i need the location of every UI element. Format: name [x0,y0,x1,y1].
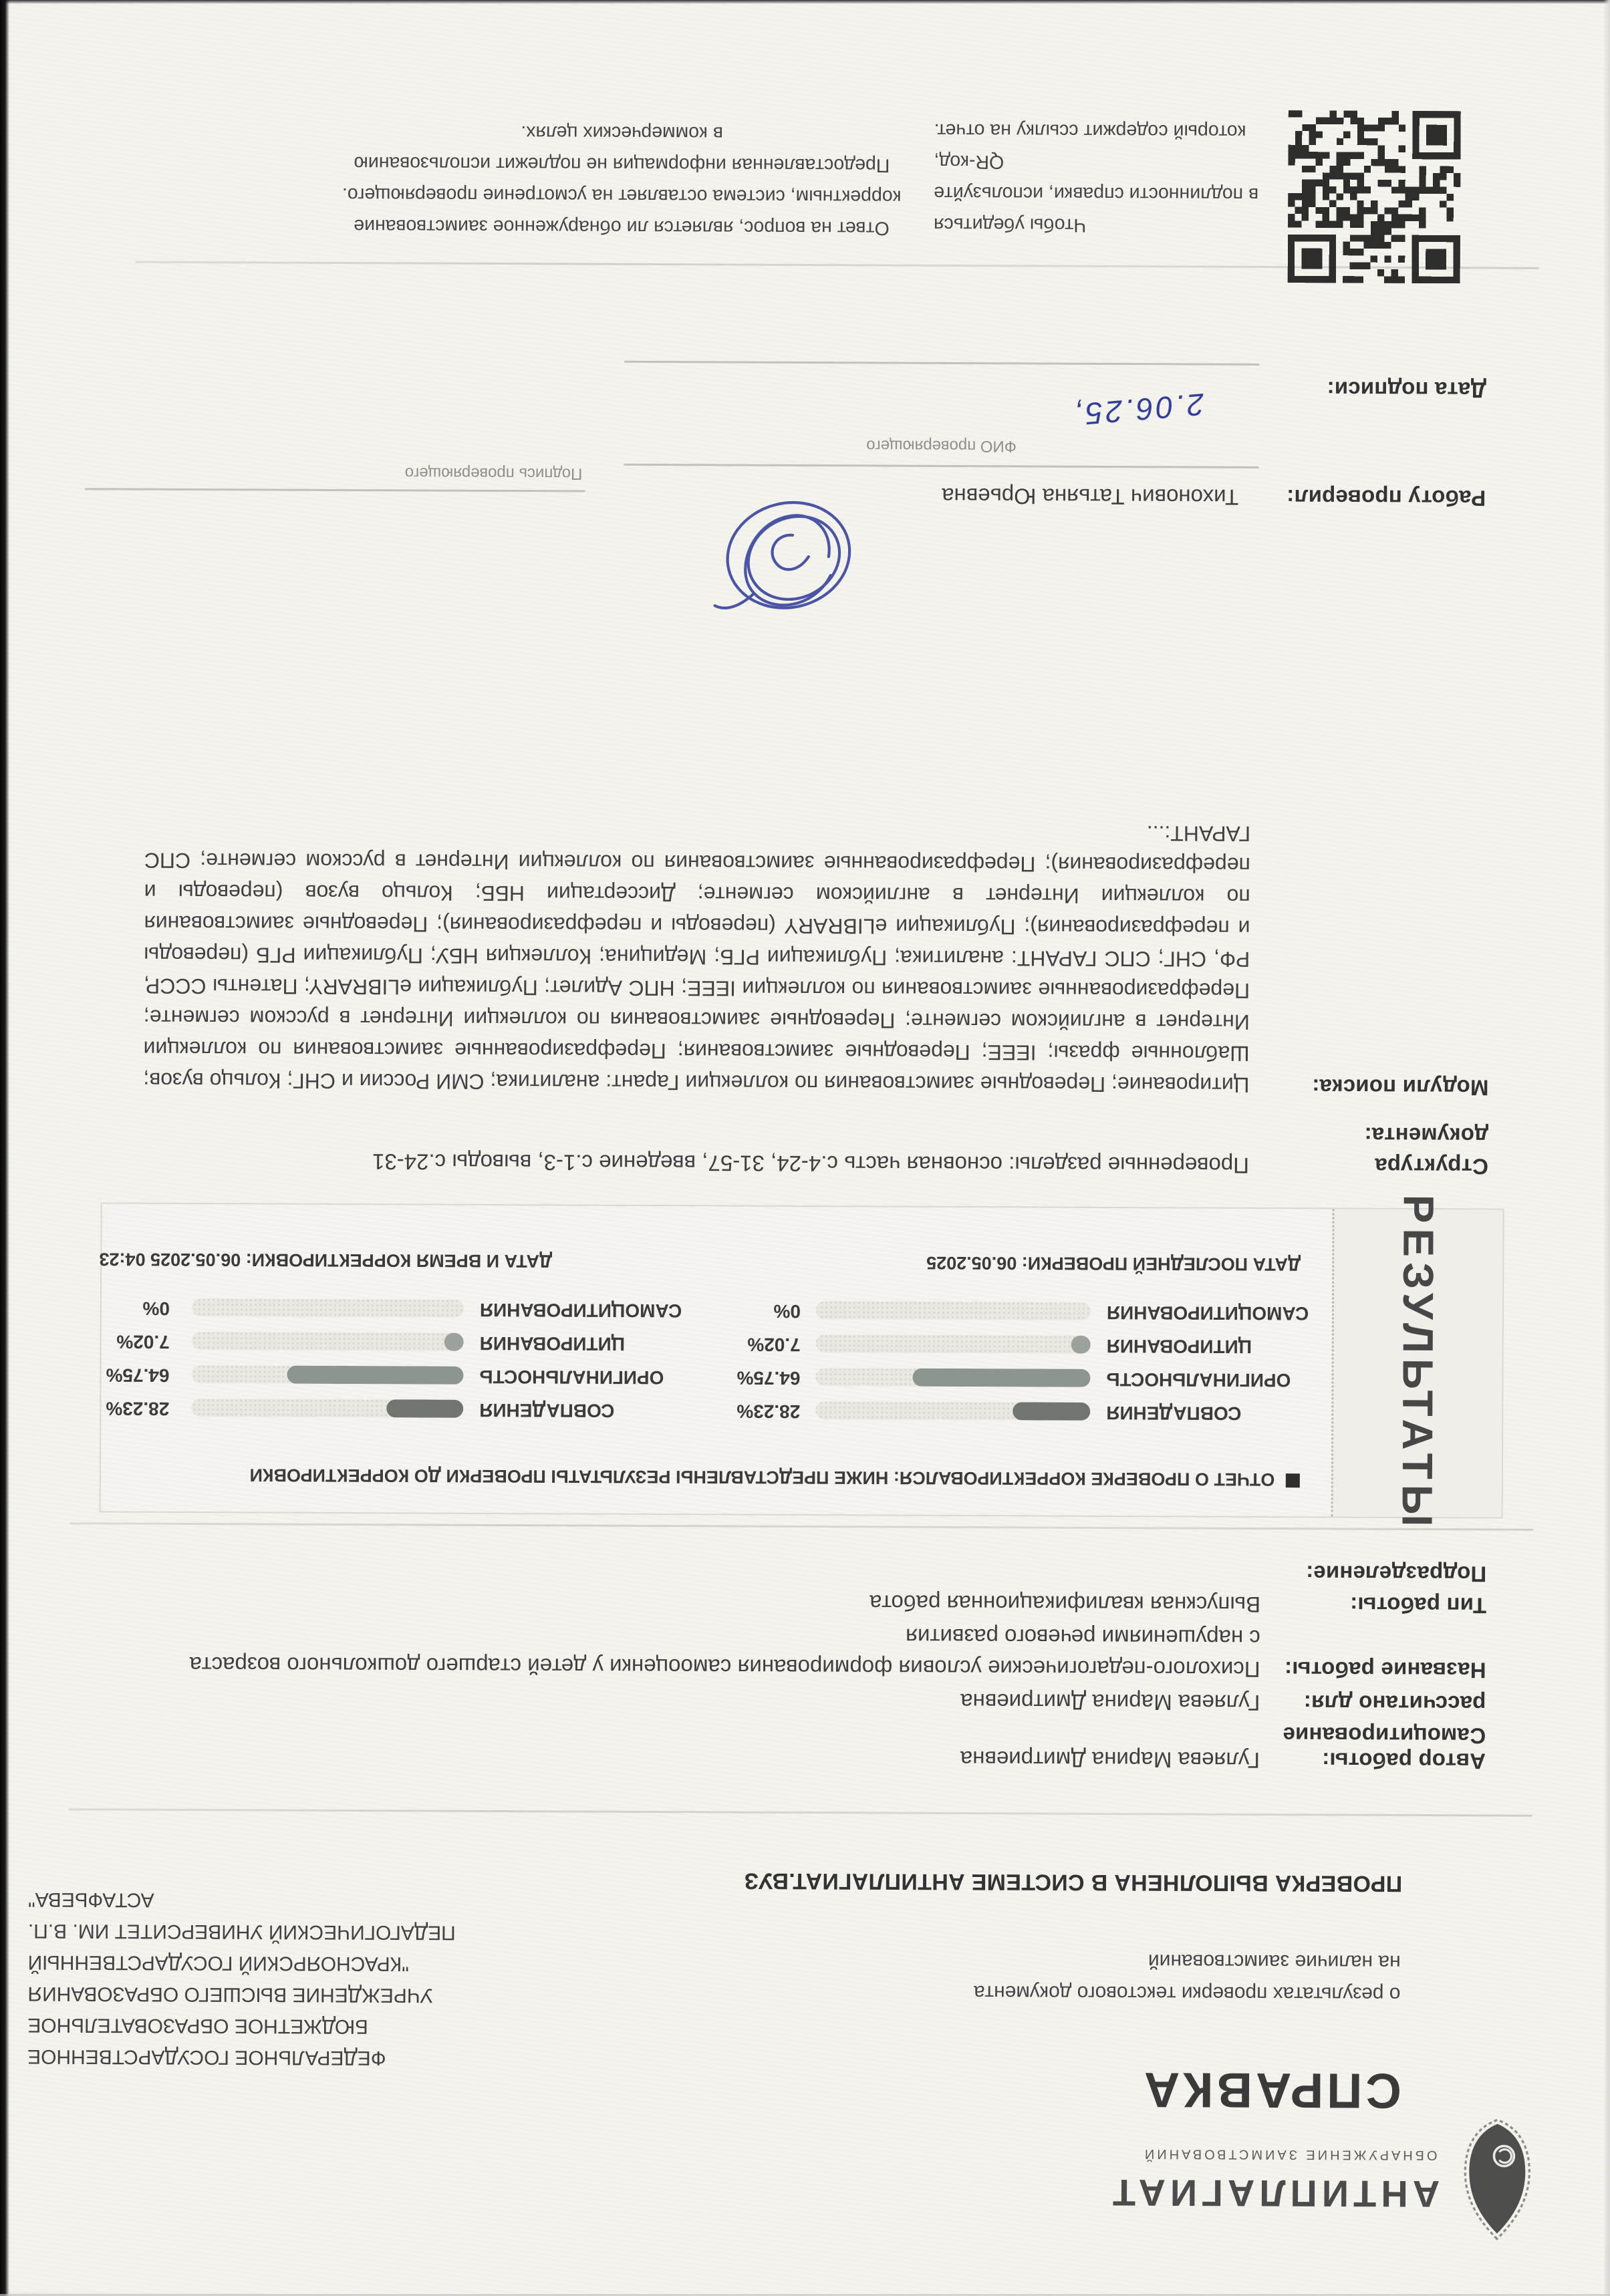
structure-label-1: Структура [1375,1153,1488,1179]
correction-notice: ОТЧЕТ О ПРОВЕРКЕ КОРРЕКТИРОВАЛСЯ: НИЖЕ П… [249,1464,1299,1489]
organization-line: УЧРЕЖДЕНИЕ ВЫСШЕГО ОБРАЗОВАНИЯ [27,1978,455,2011]
field-label-author: Автор работы: [1322,1747,1486,1773]
metric-label: СОВПАДЕНИЯ [1106,1402,1327,1424]
field-value-worktitle-1: Психолого-педагогические условия формиро… [189,1652,1260,1682]
field-label-worktitle: Название работы: [1285,1657,1486,1683]
metric-value: 64.75% [106,1364,169,1385]
sign-date-label: Дата подписи: [1327,376,1486,402]
metric-label: САМОЦИТИРОВАНИЯ [1107,1302,1327,1324]
results-date-last-check: ДАТА ПОСЛЕДНЕЙ ПРОВЕРКИ: 06.05.2025 [926,1252,1301,1274]
metric-value: 7.02% [116,1331,170,1352]
disclaimer-line: в коммерческих целях. [171,115,1073,150]
organization-line: ФЕДЕРАЛЬНОЕ ГОСУДАРСТВЕННОЕ [27,2041,455,2074]
results-sidebar: РЕЗУЛЬТАТЫ [1331,1209,1503,1517]
organization-line: БЮДЖЕТНОЕ ОБРАЗОВАТЕЛЬНОЕ [27,2009,455,2043]
disclaimer-line: Предоставленная информация не подлежит и… [170,146,1073,182]
metric-value: 28.23% [736,1401,800,1422]
field-value-worktype: Выпускная квалификационная работа [869,1590,1260,1617]
reviewer-name-caption: ФИО проверяющего [624,435,1259,456]
scan-edge-right [1603,0,1610,2296]
metric-bar [815,1368,1090,1387]
structure-label-2: документа: [1364,1123,1488,1149]
metric-bar [816,1334,1091,1354]
modules-label: Модули поиска: [1312,1074,1488,1100]
brand-name: АНТИПЛАГИАТ [1108,2171,1440,2216]
metric-bar [191,1399,463,1418]
organization-line: АСТАФЬЕВА" [28,1884,456,1917]
notice-bullet-icon [1286,1473,1300,1487]
document-subtitle-line2: на наличие заимствований [1148,1945,1401,1978]
metric-value: 0% [773,1300,801,1322]
metric-label: ЦИТИРОВАНИЯ [1107,1335,1327,1357]
results-date-correction: ДАТА И ВРЕМЯ КОРРЕКТИРОВКИ: 06.05.2025 0… [99,1248,552,1271]
metric-bar [192,1332,464,1351]
field-label-selfcite-2: рассчитано для: [1304,1690,1486,1716]
metric-bar [815,1401,1090,1421]
field-value-author: Гуляева Марина Дмитриевна [960,1746,1260,1773]
metric-label: ОРИГИНАЛЬНОСТЬ [1106,1369,1327,1391]
sign-date-line [624,361,1259,366]
reviewer-label: Работу проверил: [1287,484,1486,511]
metric-label: СОВПАДЕНИЯ [479,1399,705,1421]
metric-value: 28.23% [106,1397,169,1419]
sign-date-handwritten: 2.06.25, [1071,386,1206,433]
structure-value: Проверенные разделы: основная часть с.4-… [372,1149,1249,1178]
metric-label: САМОЦИТИРОВАНИЯ [480,1299,706,1321]
separator-line [69,1808,1532,1817]
antiplagiat-shield-logo-icon [1460,2117,1535,2241]
disclaimer: Ответ на вопрос, является ли обнаруженно… [170,115,1073,245]
disclaimer-line: корректным, система оставляет на усмотре… [170,178,1073,213]
modules-value: Цитирование; Переводные заимствования по… [143,813,1250,1101]
scan-edge-top [0,0,1610,4]
reviewer-name-line [624,464,1258,468]
results-sidebar-title: РЕЗУЛЬТАТЫ [1393,1195,1444,1532]
qr-code [1288,110,1461,283]
reviewer-name: Тихонович Татьяна Юрьевна [942,483,1238,510]
metric-bar [816,1301,1091,1320]
metric-value: 64.75% [736,1367,800,1389]
disclaimer-line: Ответ на вопрос, является ли обнаруженно… [170,209,1073,245]
separator-line [70,1522,1534,1531]
organization-line: ПЕДАГОГИЧЕСКИЙ УНИВЕРСИТЕТ ИМ. В.П. [28,1915,456,1949]
field-value-selfcite: Гуляева Марина Дмитриевна [960,1689,1260,1715]
field-label-department: Подразделение: [1306,1560,1486,1586]
field-value-worktitle-2: с нарушениями речевого развития [906,1624,1260,1651]
field-label-selfcite-1: Самоцитирование [1283,1722,1486,1748]
signature-line [85,488,585,492]
scan-edge-left [0,0,9,2296]
field-label-worktype: Тип работы: [1350,1592,1486,1618]
metric-value: 0% [142,1298,170,1319]
results-panel: РЕЗУЛЬТАТЫ ОТЧЕТ О ПРОВЕРКЕ КОРРЕКТИРОВА… [100,1202,1504,1518]
metric-value: 7.02% [747,1334,801,1355]
metric-label: ОРИГИНАЛЬНОСТЬ [479,1366,705,1388]
signature-caption: Подпись проверяющего [405,463,583,482]
system-check-line: ПРОВЕРКА ВЫПОЛНЕНА В СИСТЕМЕ АНТИПЛАГИАТ… [744,1868,1402,1896]
document-subtitle-line1: о результатах проверки текстового докуме… [974,1976,1401,2010]
metric-bar [192,1298,464,1318]
scanned-certificate-page: АНТИПЛАГИАТ ОБНАРУЖЕНИЕ ЗАИМСТВОВАНИЙ ФЕ… [0,0,1610,2296]
metric-label: ЦИТИРОВАНИЯ [480,1332,706,1354]
document-title: СПРАВКА [1141,2061,1401,2120]
signature-scribble [686,474,894,656]
organization-name: ФЕДЕРАЛЬНОЕ ГОСУДАРСТВЕННОЕ БЮДЖЕТНОЕ ОБ… [27,1884,456,2074]
metric-bar [191,1365,463,1385]
brand-tagline: ОБНАРУЖЕНИЕ ЗАИМСТВОВАНИЙ [1142,2146,1438,2162]
organization-line: "КРАСНОЯРСКИЙ ГОСУДАРСТВЕННЫЙ [28,1947,456,1980]
